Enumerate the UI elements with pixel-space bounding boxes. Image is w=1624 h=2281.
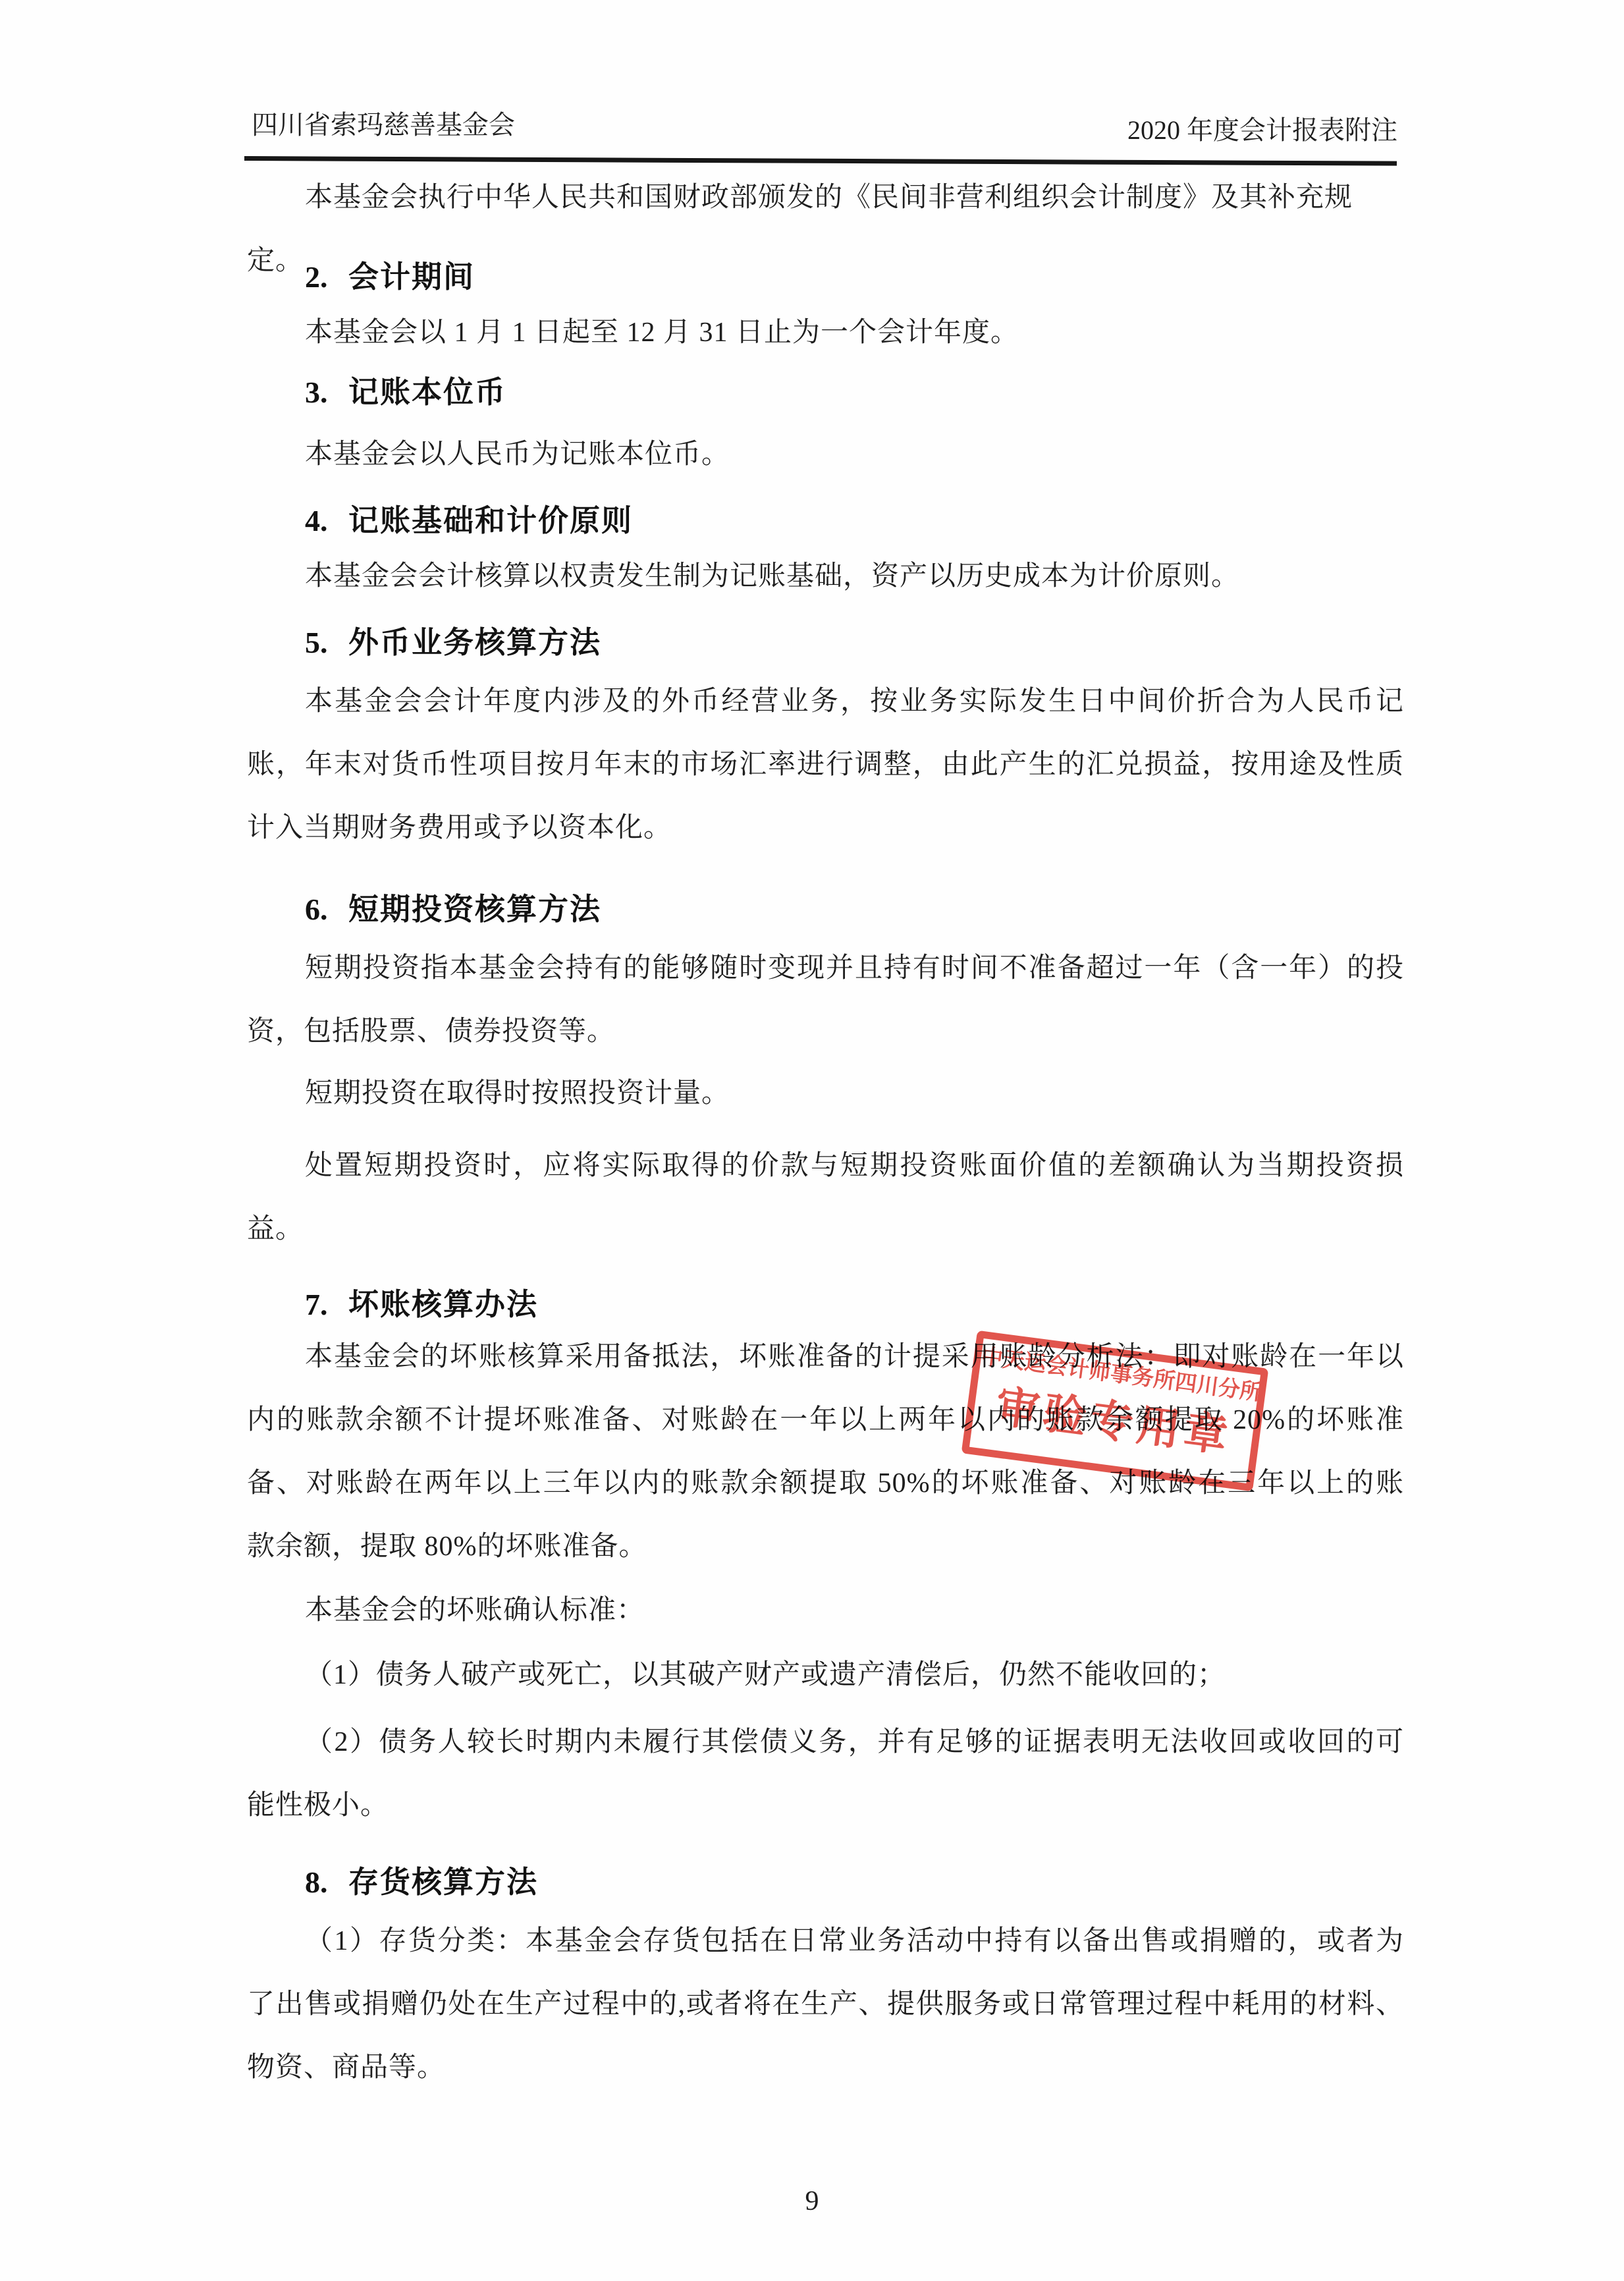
paragraph-bad-debt-criteria-1: （1）债务人破产或死亡，以其破产财产或遗产清偿后，仍然不能收回的；: [247, 1643, 1404, 1707]
heading-title: 短期投资核算方法: [348, 892, 601, 926]
heading-number: 3.: [305, 361, 348, 424]
heading-number: 6.: [305, 878, 348, 941]
paragraph-bad-debt-criteria-intro: 本基金会的坏账确认标准：: [247, 1579, 1404, 1642]
paragraph-foreign-currency: 本基金会会计年度内涉及的外币经营业务，按业务实际发生日中间价折合为人民币记 账，…: [247, 670, 1404, 860]
paragraph-short-term-investment-definition: 短期投资指本基金会持有的能够随时变现并且持有时间不准备超过一年（含一年）的投 资…: [247, 937, 1404, 1063]
paragraph-short-term-investment-measurement: 短期投资在取得时按照投资计量。: [247, 1062, 1404, 1125]
header-organization: 四川省索玛慈善基金会: [252, 104, 515, 142]
heading-title: 记账本位币: [348, 375, 506, 409]
heading-inventory: 8.存货核算方法: [247, 1850, 1462, 1914]
page-number: 9: [0, 2185, 1624, 2217]
heading-accounting-basis: 4.记账基础和计价原则: [247, 489, 1462, 553]
heading-number: 2.: [305, 246, 348, 309]
paragraph-short-term-investment-disposal: 处置短期投资时，应将实际取得的价款与短期投资账面价值的差额确认为当期投资损 益。: [247, 1134, 1404, 1261]
heading-number: 4.: [305, 489, 348, 553]
paragraph-inventory-classification: （1）存货分类：本基金会存货包括在日常业务活动中持有以备出售或捐赠的，或者为 了…: [247, 1910, 1404, 2099]
heading-title: 记账基础和计价原则: [348, 503, 633, 537]
heading-title: 外币业务核算方法: [348, 625, 601, 659]
header-doc-title: 2020 年度会计报表附注: [1127, 109, 1397, 147]
heading-number: 5.: [305, 611, 348, 674]
heading-short-term-investment: 6.短期投资核算方法: [247, 877, 1462, 941]
heading-title: 会计期间: [348, 260, 475, 294]
heading-title: 坏账核算办法: [348, 1287, 538, 1321]
paragraph-base-currency: 本基金会以人民币为记账本位币。: [247, 423, 1404, 486]
paragraph-accounting-basis: 本基金会会计核算以权责发生制为记账基础，资产以历史成本为计价原则。: [247, 545, 1404, 608]
heading-number: 8.: [305, 1851, 348, 1914]
paragraph-accounting-period: 本基金会以 1 月 1 日起至 12 月 31 日止为一个会计年度。: [247, 301, 1404, 364]
header-rule: [244, 156, 1397, 166]
heading-base-currency: 3.记账本位币: [247, 360, 1462, 424]
heading-title: 存货核算方法: [348, 1865, 538, 1899]
document-page: 四川省索玛慈善基金会 2020 年度会计报表附注 本基金会执行中华人民共和国财政…: [0, 0, 1624, 2281]
heading-foreign-currency: 5.外币业务核算方法: [247, 611, 1462, 674]
paragraph-bad-debt-criteria-2: （2）债务人较长时期内未履行其偿债义务，并有足够的证据表明无法收回或收回的可 能…: [247, 1711, 1404, 1837]
heading-accounting-period: 2.会计期间: [247, 245, 1462, 309]
